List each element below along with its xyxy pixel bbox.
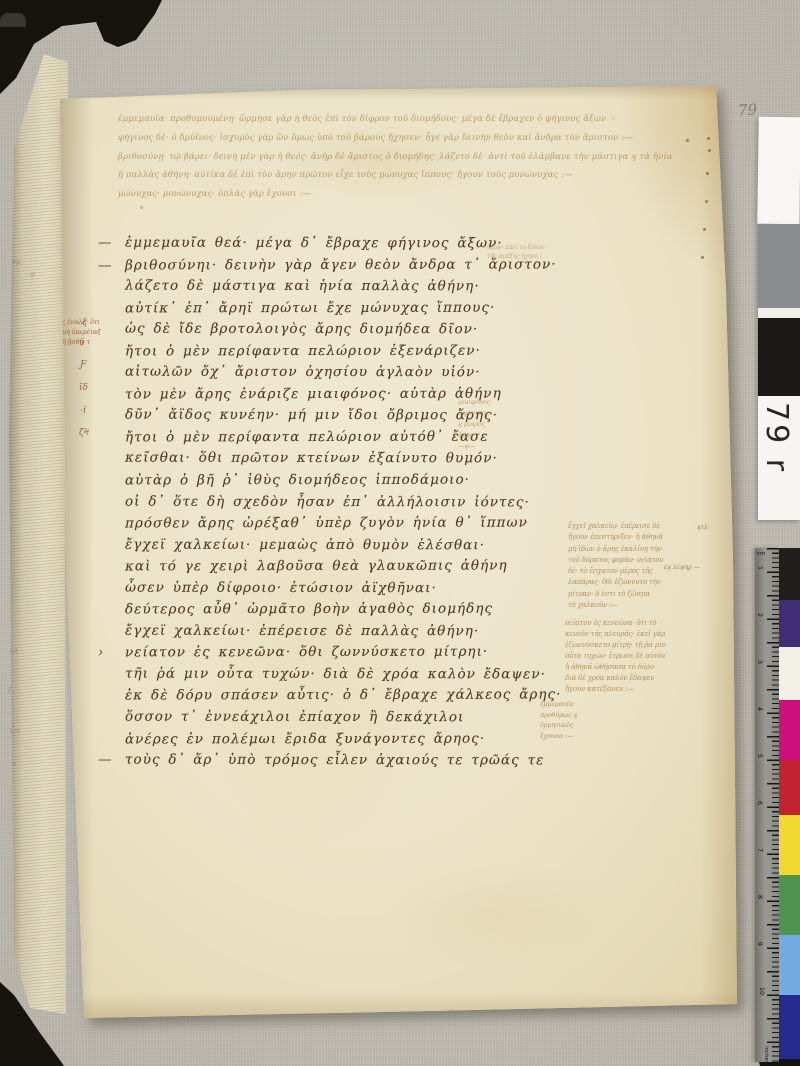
- verse-line: › νείατον ἐς κενεῶνα· ὅθι ζωννύσκετο μίτ…: [125, 642, 545, 664]
- verse-line: δεύτερος αὖθ᾽ ὡρμᾶτο βοὴν ἀγαθὸς διομήδη…: [125, 599, 545, 621]
- margin-dash: —: [98, 255, 112, 277]
- mini-note: ἐϗ λέψηρ —: [664, 564, 700, 571]
- verse-text: τῆι ῥά μιν οὖτα τυχών· διὰ δὲ χρόα καλὸν…: [125, 666, 546, 683]
- folio-number: 79: [737, 100, 757, 119]
- white-reference-card: [757, 117, 800, 225]
- margin-sign: ζϞ: [79, 428, 89, 438]
- scholium-line: ὁρμητικῶς: [540, 720, 614, 731]
- verse-line: — βριθοσύνηι· δεινὴν γὰρ ἄγεν θεὸν ἄνδρα…: [125, 254, 545, 276]
- scholium-line: ϗ μιαρὸς: [458, 419, 528, 430]
- folio-label-card: 79 r: [758, 396, 800, 520]
- verse-line: ἔγχεϊ χαλκείωι· ἐπέρεισε δὲ παλλὰς ἀθήνη…: [125, 620, 545, 642]
- scholium-note-a: ἄξων· ἐπεὶ τὸ ξύλοντῆς ἁμάξης ἤχησε :: [487, 243, 567, 261]
- scholium-line: ἐζωννύσκετο μίτρῃ· τῇ ῥά μιν: [565, 640, 693, 651]
- scholium-line: ἔχουσα :—: [540, 731, 614, 742]
- verse-text: νείατον ἐς κενεῶνα· ὅθι ζωννύσκετο μίτρη…: [125, 644, 488, 661]
- manuscript-photo: ϶μφϛ϶ξᾧ϶϶ ἐμμεμαυῖα· προθυμουμένη· ὥρμ: [0, 0, 800, 1066]
- wormhole-dot: [701, 256, 704, 259]
- verse-line: αὐτίκ᾽ ἐπ᾽ ἄρηϊ πρώτωι ἔχε μώνυχας ἵππου…: [125, 297, 545, 319]
- verse-text: οἱ δ᾽ ὅτε δὴ σχεδὸν ἦσαν ἐπ᾽ ἀλλήλοισιν …: [125, 493, 530, 510]
- scholium-line: τῆς ἁμάξης ἤχησε :: [487, 252, 567, 261]
- margin-sign: Ƒ: [80, 360, 86, 370]
- scholium-note-b: μιαιφόνος·ὁ φονικὸςϗ μιαρὸςἄρης·—ψ—: [458, 397, 528, 452]
- margin-sign: ϋ: [79, 338, 84, 348]
- scholium-line: μώνυχας· μονώνυχας· ὁπλὰς γὰρ ἔχουσι :—: [118, 185, 333, 204]
- wormhole-dot: [707, 137, 710, 140]
- verse-text: ἀνέρες ἐν πολέμωι ἔριδα ξυνάγοντες ἄρηος…: [125, 730, 485, 747]
- color-patch: [779, 995, 800, 1059]
- margin-sign: ϛ̄: [82, 318, 87, 328]
- margin-dash: —: [98, 233, 112, 255]
- ink-speck: [140, 206, 143, 209]
- margin-sign: ϊδ: [79, 383, 88, 393]
- scholium-line: κενεὸν τῆς πλευρᾶς· ἐκεῖ γὰρ: [565, 629, 693, 640]
- scholium-line: —ψ—: [458, 441, 528, 452]
- verse-line: ὦσεν ὑπὲρ δίφροιο· ἐτώσιον ἀϊχθῆναι·: [125, 577, 545, 599]
- wormhole-dot: [708, 149, 711, 152]
- scholium-line: ἢ ᾔσθη· τ: [62, 337, 130, 347]
- scholium-line: προθύμως ϗ: [540, 710, 614, 721]
- parchment-page: ἐμμεμαυῖα· προθυμουμένη· ὥρμησε γὰρ ἡ θε…: [0, 0, 800, 1066]
- verse-line: τῆι ῥά μιν οὖτα τυχών· διὰ δὲ χρόα καλὸν…: [125, 664, 545, 686]
- verse-text: ὡς δὲ ἴδε βροτολοιγὸς ἄρης διομήδεα δῖον…: [125, 321, 478, 338]
- color-patch: [779, 760, 800, 815]
- verse-line: καὶ τό γε χειρὶ λαβοῦσα θεὰ γλαυκῶπις ἀθ…: [125, 556, 545, 578]
- color-patch: [779, 935, 800, 995]
- verse-text: καὶ τό γε χειρὶ λαβοῦσα θεὰ γλαυκῶπις ἀθ…: [125, 558, 508, 575]
- top-scholia-block: ἐμμεμαυῖα· προθυμουμένη· ὥρμησε γὰρ ἡ θε…: [118, 110, 698, 204]
- main-text-block: — ἐμμεμαυῖα θεά· μέγα δ᾽ ἔβραχε φήγινος …: [125, 233, 545, 772]
- verse-line: ἀνέρες ἐν πολέμωι ἔριδα ξυνάγοντες ἄρηος…: [125, 728, 545, 750]
- verse-line: ὡς δὲ ἴδε βροτολοιγὸς ἄρης διομήδεα δῖον…: [125, 319, 545, 341]
- verse-text: κεῖσθαι· ὅθι πρῶτον κτείνων ἐξαίνυτο θυμ…: [125, 450, 498, 467]
- ruler-number: 3: [756, 660, 764, 664]
- color-patch: [779, 600, 800, 647]
- scholium-block-g: ἐμμεμαυῖα·προθύμως ϗὁρμητικῶςἔχουσα :—: [540, 699, 614, 741]
- mini-note: ϗτλ·: [697, 524, 710, 531]
- reference-patch: [758, 308, 800, 318]
- verse-text: δεύτερος αὖθ᾽ ὡρμᾶτο βοὴν ἀγαθὸς διομήδη…: [125, 601, 493, 618]
- ruler-number: 10: [758, 987, 766, 995]
- color-calibration-patches: [779, 548, 800, 1059]
- verse-text: αἰτωλῶν ὄχ᾽ ἄριστον ὀχησίου ἀγλαὸν υἱόν·: [125, 364, 481, 381]
- color-patch: [779, 875, 800, 935]
- ruler-number: 9: [756, 942, 764, 946]
- scholium-line: ἄρης·: [458, 430, 528, 441]
- scholium-line: ἐμμεμαυῖα· προθυμουμένη· ὥρμησε γὰρ ἡ θε…: [118, 110, 690, 129]
- verse-line: ὅσσον τ᾽ ἐννεάχιλοι ἐπίαχον ἢ δεκάχιλοι: [125, 707, 545, 729]
- margin-sign: ·ϊ: [80, 406, 86, 416]
- verse-text: ἤτοι ὁ μὲν περίφαντα πελώριον αὐτόθ᾽ ἔασ…: [125, 429, 489, 446]
- verse-text: πρόσθεν ἄρης ὠρέξαθ᾽ ὑπὲρ ζυγὸν ἡνία θ᾽ …: [125, 515, 528, 532]
- gutter-shadow: [60, 95, 94, 1020]
- ruler-number: 8: [756, 895, 764, 899]
- reference-patch: [758, 318, 800, 396]
- verse-text: αὐτίκ᾽ ἐπ᾽ ἄρηϊ πρώτωι ἔχε μώνυχας ἵππου…: [125, 299, 495, 316]
- verse-text: ἐμμεμαυῖα θεά· μέγα δ᾽ ἔβραχε φήγινος ἄξ…: [125, 235, 503, 252]
- verse-line: ἔγχεϊ χαλκείωι· μεμαὼς ἀπὸ θυμὸν ἑλέσθαι…: [125, 534, 545, 556]
- color-patch: [779, 647, 800, 700]
- margin-dash: ›: [98, 643, 103, 665]
- scholium-line: ἤγουν ἐπεστήριξεν· ἡ ἀθηνᾶ: [568, 532, 698, 543]
- margin-dash: —: [98, 750, 112, 772]
- ruler-number: 2: [756, 613, 764, 617]
- verse-line: — τοὺς δ᾽ ἄρ᾽ ὑπὸ τρόμος εἷλεν ἀχαιούς τ…: [125, 750, 545, 772]
- scholium-line: ἡ παλλὰς ἀθήνη· αὐτίκα δὲ ἐπὶ τὸν ἄρην π…: [118, 166, 666, 185]
- ruler-number: 6: [756, 801, 764, 805]
- gray-black-reference: [758, 224, 800, 396]
- verse-line: αὐτὰρ ὁ βῆ ῥ᾽ ἰθὺς διομήδεος ἱπποδάμοιο·: [125, 470, 545, 492]
- scholium-line: λαπάρας· ὅθι ἐζώννυτο τὴν: [568, 577, 698, 588]
- wormhole-dot: [705, 200, 708, 203]
- wormhole-dot: [706, 172, 709, 175]
- color-patch: [779, 815, 800, 875]
- scholium-line: ἡ ἀθηνᾶ ὠθήσασα τὸ δόρυ·: [565, 662, 693, 673]
- verse-line: αἰτωλῶν ὄχ᾽ ἄριστον ὀχησίου ἀγλαὸν υἱόν·: [125, 362, 545, 384]
- scholium-line: τὸ χαλκοῦν :—: [568, 600, 698, 611]
- verse-text: ἔγχεϊ χαλκείωι· ἐπέρεισε δὲ παλλὰς ἀθήνη…: [125, 622, 479, 639]
- verse-text: ἤτοι ὁ μὲν περίφαντα πελώριον ἐξενάριζεν…: [125, 342, 481, 359]
- ruler-number: 1: [756, 566, 764, 570]
- left-margin-note: ϛ ἐναλλ· ὅτιμὴ ὑπερέταξἢ ᾔσθη· τ: [62, 317, 130, 347]
- verse-text: τὸν μὲν ἄρης ἐνάριζε μιαιφόνος· αὐτὰρ ἀθ…: [125, 385, 502, 402]
- ruler-number: 7: [756, 848, 764, 852]
- wormhole-dot: [703, 228, 706, 231]
- verse-text: λάζετο δὲ μάστιγα καὶ ἡνία παλλὰς ἀθήνη·: [125, 278, 480, 295]
- scholium-line: ἤγουν κατέξανεν :—: [565, 684, 693, 695]
- ruler-number: 5: [756, 754, 764, 758]
- scholium-line: μὴ ἰδὼν ὁ ἄρης ἐκκλίνῃ τὴν: [568, 544, 698, 555]
- page-bottom-edge-shade: [70, 992, 738, 1018]
- scholium-line: νείατον ἐς κενεῶνα· ὅτι τὸ: [565, 618, 693, 629]
- verse-line: — ἐμμεμαυῖα θεά· μέγα δ᾽ ἔβραχε φήγινος …: [125, 233, 545, 255]
- scholium-line: μὴ ὑπερέταξ: [62, 327, 130, 337]
- scholium-line: ἔγχεϊ χαλκείῳ· ἐπέρεισε δὲ: [568, 521, 698, 532]
- page-top-edge-shade: [62, 86, 718, 100]
- verse-text: δῦν᾽ ἄϊδος κυνέην· μή μιν ἴδοι ὄβριμος ἄ…: [125, 407, 498, 424]
- scholium-line: ϛ ἐναλλ· ὅτι: [62, 317, 130, 327]
- folio-label-text: 79 r: [759, 402, 794, 474]
- reference-patch: [758, 224, 800, 308]
- color-patch: [779, 700, 800, 760]
- verse-text: αὐτὰρ ὁ βῆ ῥ᾽ ἰθὺς διομήδεος ἱπποδάμοιο·: [125, 472, 470, 489]
- ruler-unit-inches: inches: [763, 1046, 769, 1064]
- verse-line: οἱ δ᾽ ὅτε δὴ σχεδὸν ἦσαν ἐπ᾽ ἀλλήλοισιν …: [125, 491, 545, 513]
- scholium-line: φήγινος δὲ· ὁ δρύϊνος· ἰσχυρὸς γὰρ ὢν ὅμ…: [118, 129, 684, 148]
- verse-text: ἔγχεϊ χαλκείωι· μεμαὼς ἀπὸ θυμὸν ἑλέσθαι…: [125, 536, 485, 553]
- scholium-line: μιαιφόνος·: [458, 397, 528, 408]
- verse-line: πρόσθεν ἄρης ὠρέξαθ᾽ ὑπὲρ ζυγὸν ἡνία θ᾽ …: [125, 513, 545, 535]
- calibration-ruler: cm inches 12345678910: [755, 548, 779, 1062]
- parchment-page-wrap: ἐμμεμαυῖα· προθυμουμένη· ὥρμησε γὰρ ἡ θε…: [0, 0, 800, 1066]
- scholium-line: μίτραν· ὅ ἐστι τὸ ζῶσμα: [568, 589, 698, 600]
- scholium-line: ἐμμεμαυῖα·: [540, 699, 614, 710]
- verse-text: τοὺς δ᾽ ἄρ᾽ ὑπὸ τρόμος εἷλεν ἀχαιούς τε …: [125, 752, 544, 769]
- verse-line: λάζετο δὲ μάστιγα καὶ ἡνία παλλὰς ἀθήνη·: [125, 276, 545, 298]
- verse-line: ἤτοι ὁ μὲν περίφαντα πελώριον ἐξενάριζεν…: [125, 340, 545, 362]
- verse-text: ὅσσον τ᾽ ἐννεάχιλοι ἐπίαχον ἢ δεκάχιλοι: [125, 709, 464, 726]
- page-right-edge-shade: [700, 86, 738, 1008]
- scholium-line: βριθοσύνῃ· τῷ βάρει· δεινὴ μὲν γὰρ ἡ θεό…: [118, 148, 694, 167]
- scholium-line: ἄξων· ἐπεὶ τὸ ξύλον: [487, 243, 567, 252]
- ruler-unit-cm: cm: [757, 551, 765, 557]
- scholium-block-d: νείατον ἐς κενεῶνα· ὅτι τὸκενεὸν τῆς πλε…: [565, 618, 693, 695]
- scholium-line: οὖτα τυχών· ἔτρωσε δὲ αὐτὸν: [565, 651, 693, 662]
- scholium-line: διὰ δὲ χρόα καλὸν ἔδαψεν: [565, 673, 693, 684]
- verse-line: ἐκ δὲ δόρυ σπάσεν αὖτις· ὁ δ᾽ ἔβραχε χάλ…: [125, 685, 545, 707]
- verse-text: ὦσεν ὑπὲρ δίφροιο· ἐτώσιον ἀϊχθῆναι·: [125, 579, 437, 596]
- parchment-stain: [380, 860, 620, 970]
- color-patch: [779, 548, 800, 600]
- ruler-number: 4: [756, 707, 764, 711]
- scholium-line: ὁ φονικὸς: [458, 408, 528, 419]
- verse-text: ἐκ δὲ δόρυ σπάσεν αὖτις· ὁ δ᾽ ἔβραχε χάλ…: [125, 687, 562, 704]
